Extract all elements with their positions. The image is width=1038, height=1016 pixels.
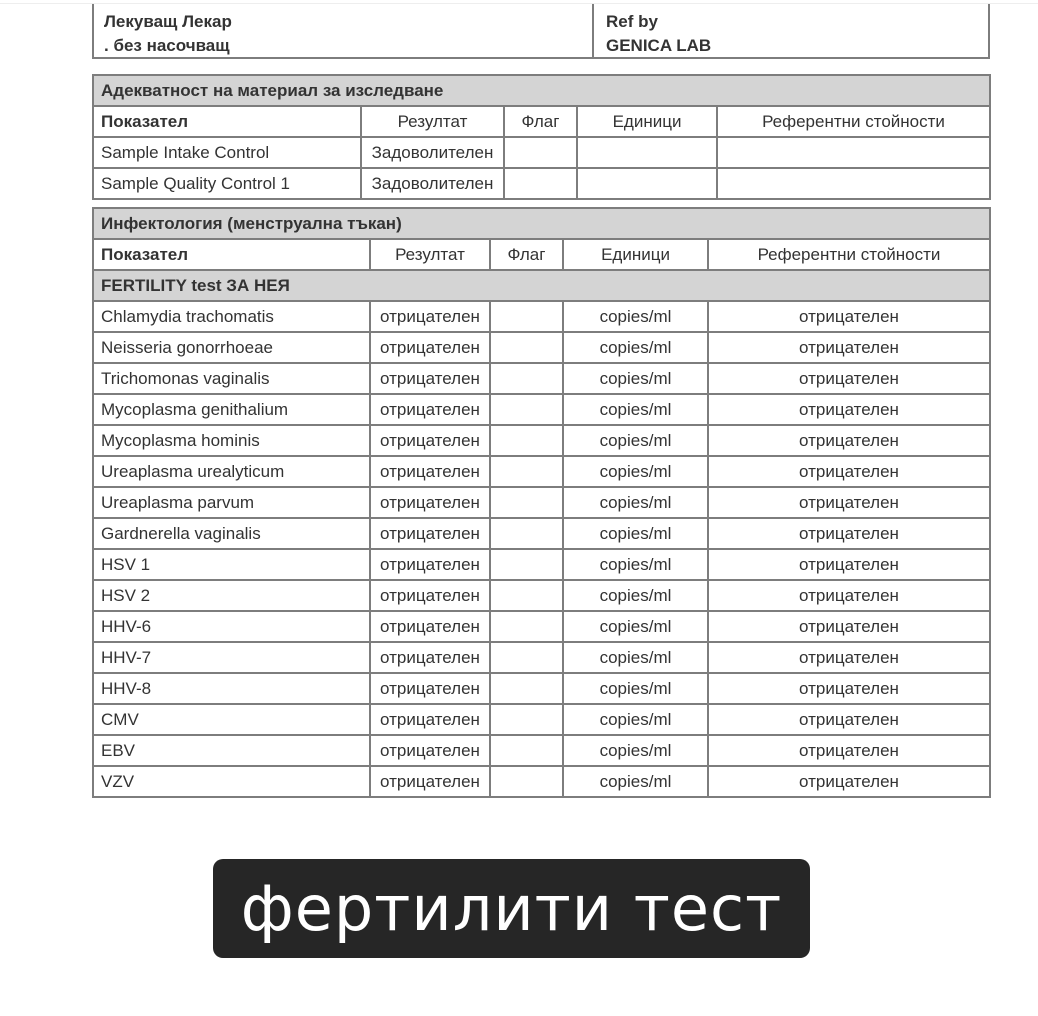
indicator-cell: Gardnerella vaginalis <box>93 518 370 549</box>
units-cell: copies/ml <box>563 301 708 332</box>
table-row: Ureaplasma urealyticumотрицателенcopies/… <box>93 456 990 487</box>
indicator-cell: HSV 2 <box>93 580 370 611</box>
reference-cell: отрицателен <box>708 766 990 797</box>
result-cell: Задоволителен <box>361 137 504 168</box>
reference-cell: отрицателен <box>708 518 990 549</box>
result-cell: Задоволителен <box>361 168 504 199</box>
table-row: CMVотрицателенcopies/mlотрицателен <box>93 704 990 735</box>
result-cell: отрицателен <box>370 549 490 580</box>
flag-cell <box>490 518 563 549</box>
units-cell: copies/ml <box>563 766 708 797</box>
reference-cell <box>717 168 990 199</box>
reference-cell: отрицателен <box>708 735 990 766</box>
col-indicator: Показател <box>93 239 370 270</box>
table-row: Sample Intake ControlЗадоволителен <box>93 137 990 168</box>
reference-cell: отрицателен <box>708 332 990 363</box>
result-cell: отрицателен <box>370 642 490 673</box>
flag-cell <box>490 394 563 425</box>
col-flag: Флаг <box>490 239 563 270</box>
result-cell: отрицателен <box>370 332 490 363</box>
indicator-cell: CMV <box>93 704 370 735</box>
units-cell: copies/ml <box>563 487 708 518</box>
units-cell: copies/ml <box>563 735 708 766</box>
indicator-cell: EBV <box>93 735 370 766</box>
table-row: HSV 1отрицателенcopies/mlотрицателен <box>93 549 990 580</box>
report-header: Лекуващ Лекар . без насочващ Ref by GENI… <box>92 4 990 59</box>
result-cell: отрицателен <box>370 487 490 518</box>
flag-cell <box>490 425 563 456</box>
col-result: Резултат <box>370 239 490 270</box>
col-indicator: Показател <box>93 106 361 137</box>
units-cell: copies/ml <box>563 332 708 363</box>
units-cell: copies/ml <box>563 704 708 735</box>
indicator-cell: VZV <box>93 766 370 797</box>
flag-cell <box>504 137 577 168</box>
column-header-row: Показател Резултат Флаг Единици Референт… <box>93 106 990 137</box>
result-cell: отрицателен <box>370 580 490 611</box>
indicator-cell: Chlamydia trachomatis <box>93 301 370 332</box>
units-cell: copies/ml <box>563 425 708 456</box>
col-flag: Флаг <box>504 106 577 137</box>
flag-cell <box>490 580 563 611</box>
reference-cell: отрицателен <box>708 549 990 580</box>
table-row: Mycoplasma hominisотрицателенcopies/mlот… <box>93 425 990 456</box>
indicator-cell: Sample Quality Control 1 <box>93 168 361 199</box>
result-cell: отрицателен <box>370 456 490 487</box>
table-row: HHV-7отрицателенcopies/mlотрицателен <box>93 642 990 673</box>
units-cell <box>577 168 717 199</box>
flag-cell <box>490 456 563 487</box>
reference-cell: отрицателен <box>708 704 990 735</box>
infectology-table: Инфектология (менструална тъкан) Показат… <box>92 207 991 798</box>
units-cell: copies/ml <box>563 642 708 673</box>
table-row: VZVотрицателенcopies/mlотрицателен <box>93 766 990 797</box>
flag-cell <box>504 168 577 199</box>
col-reference: Референтни стойности <box>708 239 990 270</box>
col-units: Единици <box>563 239 708 270</box>
table-row: EBVотрицателенcopies/mlотрицателен <box>93 735 990 766</box>
subsection-title: FERTILITY test ЗА НЕЯ <box>93 270 990 301</box>
indicator-cell: Ureaplasma urealyticum <box>93 456 370 487</box>
indicator-cell: HHV-7 <box>93 642 370 673</box>
flag-cell <box>490 611 563 642</box>
reference-cell: отрицателен <box>708 394 990 425</box>
adequacy-table: Адекватност на материал за изследване По… <box>92 74 991 200</box>
units-cell: copies/ml <box>563 394 708 425</box>
caption-banner: фертилити тест <box>213 859 810 958</box>
table-row: Neisseria gonorrhoeaeотрицателенcopies/m… <box>93 332 990 363</box>
flag-cell <box>490 301 563 332</box>
units-cell <box>577 137 717 168</box>
result-cell: отрицателен <box>370 673 490 704</box>
table-row: Ureaplasma parvumотрицателенcopies/mlотр… <box>93 487 990 518</box>
treating-doctor-label: Лекуващ Лекар <box>104 10 582 34</box>
referred-by-value: GENICA LAB <box>606 34 978 58</box>
table-row: HHV-6отрицателенcopies/mlотрицателен <box>93 611 990 642</box>
flag-cell <box>490 735 563 766</box>
col-reference: Референтни стойности <box>717 106 990 137</box>
result-cell: отрицателен <box>370 735 490 766</box>
result-cell: отрицателен <box>370 394 490 425</box>
units-cell: copies/ml <box>563 456 708 487</box>
indicator-cell: Mycoplasma hominis <box>93 425 370 456</box>
table-row: Trichomonas vaginalisотрицателенcopies/m… <box>93 363 990 394</box>
reference-cell: отрицателен <box>708 456 990 487</box>
table-row: HHV-8отрицателенcopies/mlотрицателен <box>93 673 990 704</box>
reference-cell <box>717 137 990 168</box>
result-cell: отрицателен <box>370 363 490 394</box>
table-row: HSV 2отрицателенcopies/mlотрицателен <box>93 580 990 611</box>
column-header-row: Показател Резултат Флаг Единици Референт… <box>93 239 990 270</box>
table-row: Sample Quality Control 1Задоволителен <box>93 168 990 199</box>
flag-cell <box>490 332 563 363</box>
indicator-cell: Neisseria gonorrhoeae <box>93 332 370 363</box>
indicator-cell: Mycoplasma genithalium <box>93 394 370 425</box>
result-cell: отрицателен <box>370 518 490 549</box>
result-cell: отрицателен <box>370 704 490 735</box>
section-title: Инфектология (менструална тъкан) <box>93 208 990 239</box>
indicator-cell: Sample Intake Control <box>93 137 361 168</box>
units-cell: copies/ml <box>563 363 708 394</box>
flag-cell <box>490 673 563 704</box>
reference-cell: отрицателен <box>708 301 990 332</box>
indicator-cell: HHV-8 <box>93 673 370 704</box>
reference-cell: отрицателен <box>708 673 990 704</box>
col-units: Единици <box>577 106 717 137</box>
units-cell: copies/ml <box>563 518 708 549</box>
reference-cell: отрицателен <box>708 580 990 611</box>
reference-cell: отрицателен <box>708 611 990 642</box>
col-result: Резултат <box>361 106 504 137</box>
units-cell: copies/ml <box>563 580 708 611</box>
flag-cell <box>490 766 563 797</box>
flag-cell <box>490 642 563 673</box>
result-cell: отрицателен <box>370 301 490 332</box>
units-cell: copies/ml <box>563 673 708 704</box>
indicator-cell: HSV 1 <box>93 549 370 580</box>
table-row: Gardnerella vaginalisотрицателенcopies/m… <box>93 518 990 549</box>
reference-cell: отрицателен <box>708 642 990 673</box>
referred-by-cell: Ref by GENICA LAB <box>594 4 988 57</box>
flag-cell <box>490 704 563 735</box>
flag-cell <box>490 487 563 518</box>
reference-cell: отрицателен <box>708 487 990 518</box>
referred-by-label: Ref by <box>606 10 978 34</box>
reference-cell: отрицателен <box>708 425 990 456</box>
indicator-cell: Ureaplasma parvum <box>93 487 370 518</box>
table-row: Mycoplasma genithaliumотрицателенcopies/… <box>93 394 990 425</box>
caption-text: фертилити тест <box>241 872 782 945</box>
result-cell: отрицателен <box>370 766 490 797</box>
indicator-cell: HHV-6 <box>93 611 370 642</box>
units-cell: copies/ml <box>563 611 708 642</box>
result-cell: отрицателен <box>370 611 490 642</box>
flag-cell <box>490 549 563 580</box>
indicator-cell: Trichomonas vaginalis <box>93 363 370 394</box>
table-row: Chlamydia trachomatisотрицателенcopies/m… <box>93 301 990 332</box>
flag-cell <box>490 363 563 394</box>
result-cell: отрицателен <box>370 425 490 456</box>
units-cell: copies/ml <box>563 549 708 580</box>
treating-doctor-cell: Лекуващ Лекар . без насочващ <box>94 4 594 57</box>
section-title: Адекватност на материал за изследване <box>93 75 990 106</box>
reference-cell: отрицателен <box>708 363 990 394</box>
treating-doctor-value: . без насочващ <box>104 34 582 58</box>
